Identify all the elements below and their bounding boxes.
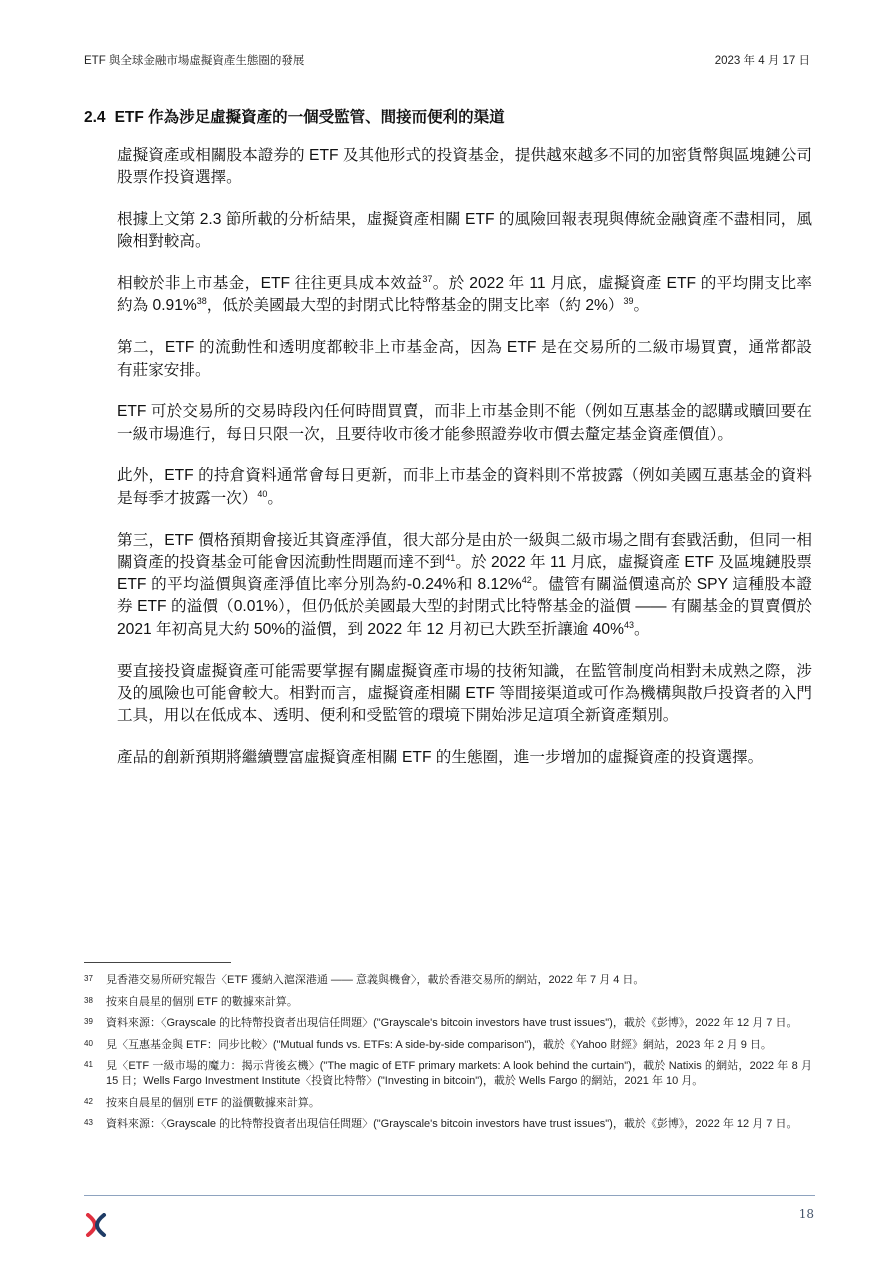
footnote-number: 42 [84, 1096, 106, 1111]
paragraph: ETF 可於交易所的交易時段內任何時間買賣，而非上市基金則不能（例如互惠基金的認… [117, 401, 812, 446]
footnote: 38 按來自晨星的個別 ETF 的數據來計算。 [84, 995, 812, 1010]
page-header: ETF 與全球金融市場虛擬資產生態圈的發展 2023 年 4 月 17 日 [84, 52, 810, 68]
footnote-ref[interactable]: 42 [522, 575, 532, 585]
paragraph: 根據上文第 2.3 節所載的分析結果，虛擬資產相關 ETF 的風險回報表現與傳統… [117, 209, 812, 254]
footnote-ref[interactable]: 38 [197, 296, 207, 306]
paragraph-text: 。 [634, 297, 650, 314]
footnote-ref[interactable]: 40 [257, 489, 267, 499]
footnote-text: 按來自晨星的個別 ETF 的溢價數據來計算。 [106, 1096, 812, 1111]
footnote-text: 資料來源：〈Grayscale 的比特幣投資者出現信任問題〉("Grayscal… [106, 1016, 812, 1031]
footnote: 43 資料來源：〈Grayscale 的比特幣投資者出現信任問題〉("Grays… [84, 1117, 812, 1132]
page-number: 18 [799, 1207, 814, 1221]
footnote-text: 資料來源：〈Grayscale 的比特幣投資者出現信任問題〉("Grayscal… [106, 1117, 812, 1132]
section-title: ETF 作為涉足虛擬資產的一個受監管、間接而便利的渠道 [115, 109, 505, 126]
paragraph-text: 相較於非上市基金，ETF 往往更具成本效益 [117, 275, 422, 292]
footnote: 39 資料來源：〈Grayscale 的比特幣投資者出現信任問題〉("Grays… [84, 1016, 812, 1031]
paragraph: 虛擬資產或相關股本證券的 ETF 及其他形式的投資基金，提供越來越多不同的加密貨… [117, 145, 812, 190]
footnote: 40 見〈互惠基金與 ETF：同步比較〉("Mutual funds vs. E… [84, 1038, 812, 1053]
footnote-number: 39 [84, 1016, 106, 1031]
footnote-divider [84, 962, 231, 963]
footnote-ref[interactable]: 41 [445, 553, 455, 563]
body-text: 虛擬資產或相關股本證券的 ETF 及其他形式的投資基金，提供越來越多不同的加密貨… [117, 145, 812, 789]
footnote-ref[interactable]: 37 [422, 274, 432, 284]
footnote-text: 見〈ETF 一級市場的魔力：揭示背後玄機〉("The magic of ETF … [106, 1059, 812, 1089]
paragraph: 此外，ETF 的持倉資料通常會每日更新，而非上市基金的資料則不常披露（例如美國互… [117, 465, 812, 510]
paragraph-text: 。 [267, 490, 283, 507]
paragraph-text: 此外，ETF 的持倉資料通常會每日更新，而非上市基金的資料則不常披露（例如美國互… [117, 467, 812, 506]
document-title: ETF 與全球金融市場虛擬資產生態圈的發展 [84, 52, 304, 68]
paragraph: 相較於非上市基金，ETF 往往更具成本效益37。於 2022 年 11 月底，虛… [117, 273, 812, 318]
paragraph: 產品的創新預期將繼續豐富虛擬資產相關 ETF 的生態圈，進一步增加的虛擬資產的投… [117, 747, 812, 769]
footnote-number: 38 [84, 995, 106, 1010]
footnote-text: 按來自晨星的個別 ETF 的數據來計算。 [106, 995, 812, 1010]
paragraph-text: 。 [634, 621, 650, 638]
hkex-logo-icon [85, 1213, 107, 1237]
footnote: 42 按來自晨星的個別 ETF 的溢價數據來計算。 [84, 1096, 812, 1111]
footnote-number: 41 [84, 1059, 106, 1089]
footnote: 37 見香港交易所研究報告〈ETF 獲納入滬深港通 —— 意義與機會〉，載於香港… [84, 973, 812, 988]
paragraph: 第二，ETF 的流動性和透明度都較非上市基金高，因為 ETF 是在交易所的二級市… [117, 337, 812, 382]
footer-divider [84, 1195, 815, 1196]
footnote-ref[interactable]: 43 [624, 620, 634, 630]
paragraph: 第三，ETF 價格預期會接近其資產淨值，很大部分是由於一級與二級市場之間有套戥活… [117, 530, 812, 641]
paragraph: 要直接投資虛擬資產可能需要掌握有關虛擬資產市場的技術知識，在監管制度尚相對未成熟… [117, 661, 812, 728]
footnote-number: 40 [84, 1038, 106, 1053]
footnote-number: 37 [84, 973, 106, 988]
footnote-ref[interactable]: 39 [623, 296, 633, 306]
footnote-text: 見香港交易所研究報告〈ETF 獲納入滬深港通 —— 意義與機會〉，載於香港交易所… [106, 973, 812, 988]
footnote-number: 43 [84, 1117, 106, 1132]
footnotes: 37 見香港交易所研究報告〈ETF 獲納入滬深港通 —— 意義與機會〉，載於香港… [84, 973, 812, 1139]
document-date: 2023 年 4 月 17 日 [715, 52, 810, 68]
footnote: 41 見〈ETF 一級市場的魔力：揭示背後玄機〉("The magic of E… [84, 1059, 812, 1089]
section-number: 2.4 [84, 109, 106, 126]
paragraph-text: ，低於美國最大型的封閉式比特幣基金的開支比率（約 2%） [207, 297, 624, 314]
section-heading: 2.4ETF 作為涉足虛擬資產的一個受監管、間接而便利的渠道 [84, 105, 505, 127]
footnote-text: 見〈互惠基金與 ETF：同步比較〉("Mutual funds vs. ETFs… [106, 1038, 812, 1053]
